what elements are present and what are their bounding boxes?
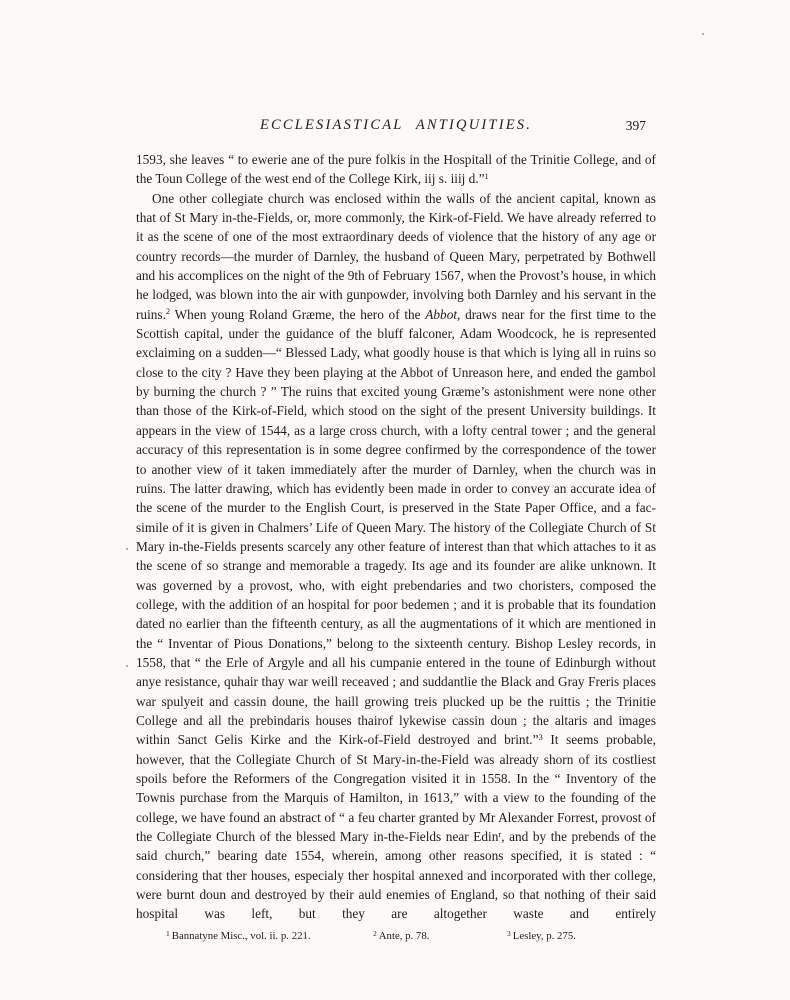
- page-number: 397: [626, 118, 646, 134]
- paragraph: 1593, she leaves “ to ewerie ane of the …: [136, 150, 656, 189]
- footnote: 2Ante, p. 78.: [373, 930, 429, 942]
- page-text-block: ECCLESIASTICAL ANTIQUITIES. 397 1593, sh…: [136, 117, 656, 946]
- text-run: When young Roland Græme, the hero of the: [170, 307, 425, 322]
- footnote-marker: 1: [485, 171, 489, 181]
- text-run: , draws near for the first time to the S…: [136, 307, 656, 748]
- text-run: It seems probable, however, that the Col…: [136, 732, 656, 844]
- scan-speck: [126, 665, 128, 667]
- page-title: ECCLESIASTICAL ANTIQUITIES.: [136, 117, 656, 134]
- scan-speck: [702, 33, 704, 35]
- footnote-marker: 2: [166, 306, 170, 316]
- footnote: 1Bannatyne Misc., vol. ii. p. 221.: [166, 930, 311, 942]
- page-body: 1593, she leaves “ to ewerie ane of the …: [136, 150, 656, 924]
- footnote: 3Lesley, p. 275.: [507, 930, 576, 942]
- footnote-text: Bannatyne Misc., vol. ii. p. 221.: [172, 930, 311, 942]
- text-run: 1593, she leaves “ to ewerie ane of the …: [136, 152, 656, 186]
- scan-speck: [126, 548, 128, 550]
- paragraph: One other collegiate church was enclosed…: [136, 189, 656, 924]
- footnote-text: Ante, p. 78.: [379, 930, 430, 942]
- footnote-number: 1: [166, 929, 170, 938]
- footnote-number: 2: [373, 929, 377, 938]
- text-run: One other collegiate church was enclosed…: [136, 191, 656, 322]
- italic-text: Abbot: [425, 307, 457, 322]
- footnote-text: Lesley, p. 275.: [513, 930, 576, 942]
- footnote-number: 3: [507, 929, 511, 938]
- footnotes: 1Bannatyne Misc., vol. ii. p. 221.2Ante,…: [136, 930, 656, 946]
- footnote-marker: 3: [539, 732, 543, 742]
- footnote-marker: r: [498, 829, 501, 839]
- running-header: ECCLESIASTICAL ANTIQUITIES. 397: [136, 117, 656, 141]
- book-page: { "colors": { "paper": "#fbfaf7", "ink":…: [0, 0, 790, 1000]
